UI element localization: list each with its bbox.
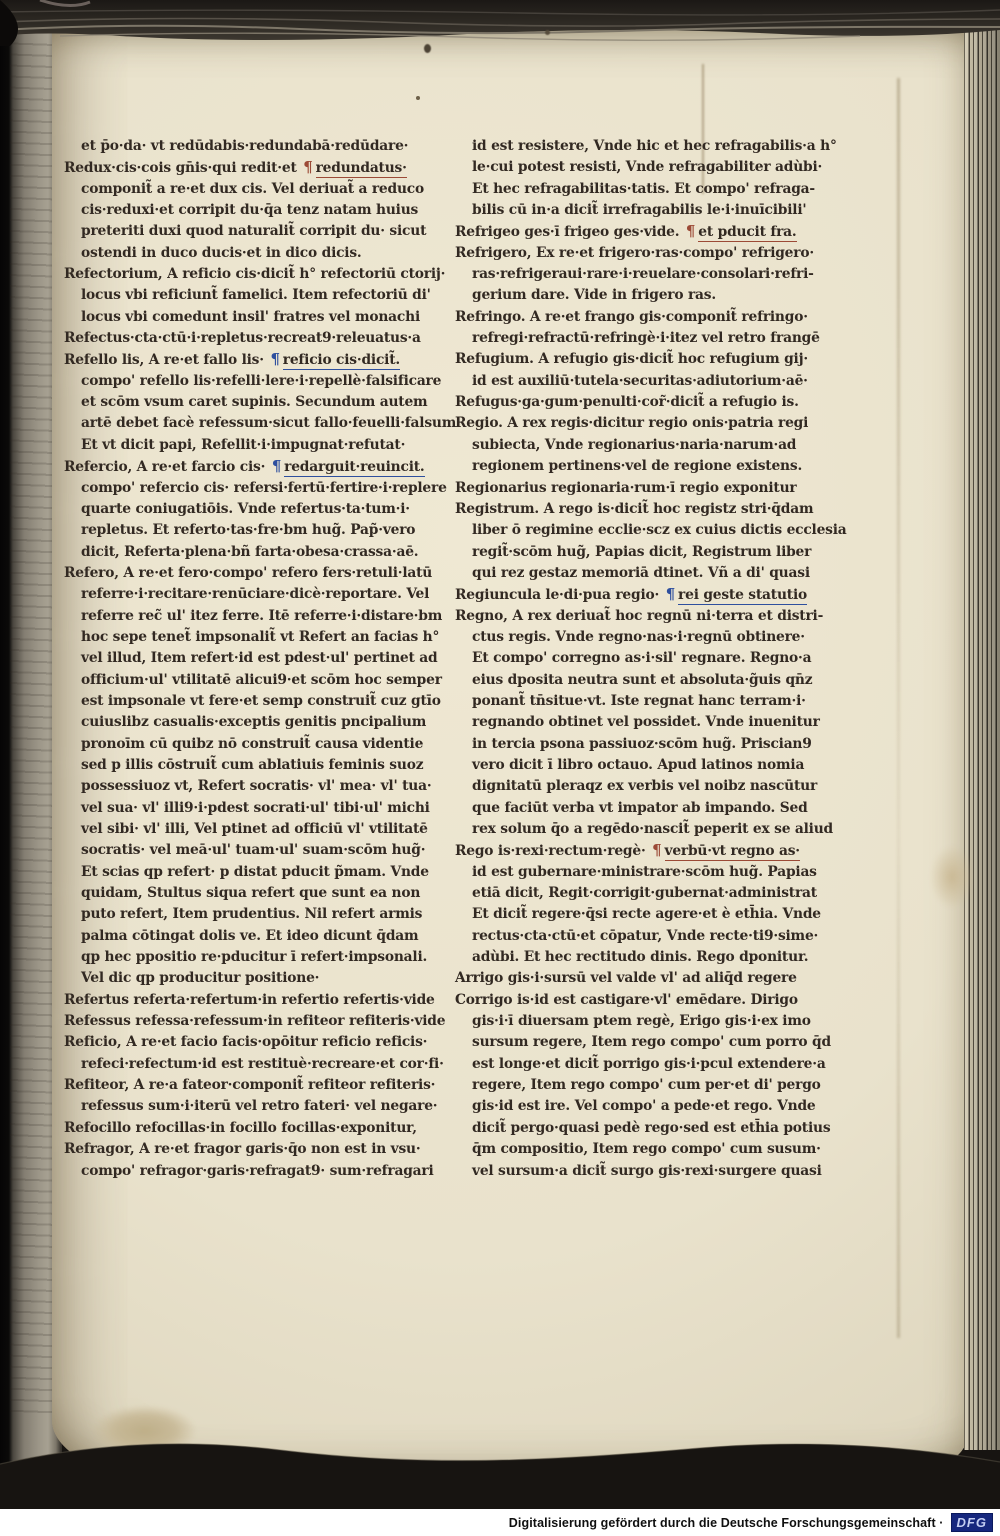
text-line: gis·id est ire. Vel compo' a pede·et reg… — [455, 1096, 835, 1117]
line-text: sed p illis cōstruit̃ cum ablatiuis femi… — [81, 757, 423, 773]
text-line: Refrigero, Ex re·et frigero·ras·compo' r… — [455, 243, 835, 264]
rubric-underlined-text: redundatus· — [316, 160, 407, 178]
line-text: Refiteor, A re·a fateor·componit̃ refite… — [64, 1077, 435, 1093]
line-text: qui rez gestaz memoriā dtinet. Vñ a di' … — [472, 565, 810, 581]
line-text: in tercia psona passiuoz·scōm hug̃. Pris… — [472, 736, 812, 752]
previous-page-text-ghost — [10, 39, 56, 1421]
fore-edge-shade — [965, 30, 1000, 1450]
text-line: Reficio, A re·et facio facis·opōitur ref… — [64, 1032, 436, 1053]
pilcrow-red-icon: ¶ — [652, 841, 661, 859]
line-text: Refero, A re·et fero·compo' refero fers·… — [64, 565, 432, 581]
rubric-underlined-text: reficio cis·dicit̃. — [283, 352, 400, 370]
text-line: socratis· vel meā·ul' tuam·ul' suam·scōm… — [64, 840, 436, 861]
line-text: socratis· vel meā·ul' tuam·ul' suam·scōm… — [81, 842, 425, 858]
text-line: Regno, A rex deriuat̃ hoc regnū ni·terra… — [455, 606, 835, 627]
line-text: regnando obtinet vel possidet. Vnde inue… — [472, 714, 820, 730]
line-text: et scōm vsum caret supinis. Secundum aut… — [81, 394, 427, 410]
line-text: locus vbi reficiunt̃ famelici. Item refe… — [81, 287, 431, 303]
pilcrow-red-icon: ¶ — [303, 158, 312, 176]
line-text: rectus·cta·ctū·et cōpatur, Vnde recte·ti… — [472, 928, 818, 944]
line-text: preteriti duxi quod naturalit̃ corripit … — [81, 223, 426, 239]
line-text: possessiuoz vt, Refert socratis· vl' mea… — [81, 778, 431, 794]
line-text: Refugium. A refugio gis·dicit̃ hoc refug… — [455, 351, 808, 367]
line-text: Refercio, A re·et farcio cis· — [64, 459, 270, 475]
text-line: hoc sepe tenet̃ impsonalit̃ vt Refert an… — [64, 627, 436, 648]
line-text: Regionarius regionaria·rum·ī regio expon… — [455, 480, 796, 496]
text-line: Refessus refessa·refessum·in refiteor re… — [64, 1011, 436, 1032]
text-line: adùbi. Et hec rectitudo dinis. Rego dpon… — [455, 947, 835, 968]
text-line: Refectus·cta·ctū·i·repletus·recreat9·rel… — [64, 328, 436, 349]
text-line: Corrigo is·id est castigare·vl' emēdare.… — [455, 990, 835, 1011]
line-text: Et compo' corregno as·i·sil' regnare. Re… — [472, 650, 811, 666]
text-line: compo' refello lis·refelli·lere·i·repell… — [64, 371, 436, 392]
line-text: id est auxiliū·tutela·securitas·adiutori… — [472, 373, 808, 389]
line-text: Regio. A rex regis·dicitur regio onis·pa… — [455, 415, 808, 431]
text-line: Refragor, A re·et fragor garis·q̄o non e… — [64, 1139, 436, 1160]
line-text: hoc sepe tenet̃ impsonalit̃ vt Refert an… — [81, 629, 439, 645]
text-line: Et scias qp refert· p distat pducit p̃ma… — [64, 862, 436, 883]
line-text: vel sibi· vl' illi, Vel ptinet ad offici… — [81, 821, 428, 837]
text-line: ostendi in duco ducis·et in dico dicis. — [64, 243, 436, 264]
line-text: Redux·cis·cois gn̄is·qui redit·et — [64, 160, 301, 176]
line-text: palma cōtingat dolis ve. Et ideo dicunt … — [81, 928, 418, 944]
manuscript-page: et p̄o·da· vt redūdabis·redundabā·redūda… — [52, 28, 968, 1480]
line-text: componit̃ a re·et dux cis. Vel deriuat̃ … — [81, 181, 424, 197]
line-text: ponant̃ tn̄situe·vt. Iste regnat hanc te… — [472, 693, 806, 709]
text-line: vel sibi· vl' illi, Vel ptinet ad offici… — [64, 819, 436, 840]
line-text: que faciūt verba vt impator ab impando. … — [472, 800, 808, 816]
text-line: dicit, Referta·plena·bñ farta·obesa·cras… — [64, 542, 436, 563]
text-line: Refiteor, A re·a fateor·componit̃ refite… — [64, 1075, 436, 1096]
text-line: possessiuoz vt, Refert socratis· vl' mea… — [64, 776, 436, 797]
text-line: Regio. A rex regis·dicitur regio onis·pa… — [455, 413, 835, 434]
pilcrow-red-icon: ¶ — [686, 222, 695, 240]
text-line: ras·refrigeraui·rare·i·reuelare·consolar… — [455, 264, 835, 285]
text-line: qp hec ppositio re·pducitur ī refert·imp… — [64, 947, 436, 968]
text-line: Refugium. A refugio gis·dicit̃ hoc refug… — [455, 349, 835, 370]
line-text: puto refert, Item prudentius. Nil refert… — [81, 906, 422, 922]
line-text: id est resistere, Vnde hic et hec refrag… — [472, 138, 837, 154]
line-text: et p̄o·da· vt redūdabis·redundabā·redūda… — [81, 138, 408, 154]
line-text: vel illud, Item refert·id est pdest·ul' … — [81, 650, 437, 666]
text-line: vero dicit ī libro octauo. Apud latinos … — [455, 755, 835, 776]
line-text: dicit̃ pergo·quasi pedè rego·sed est eth… — [472, 1120, 830, 1136]
text-line: ctus regis. Vnde regno·nas·i·regnū obtin… — [455, 627, 835, 648]
line-text: Corrigo is·id est castigare·vl' emēdare.… — [455, 992, 798, 1008]
line-text: gis·i·ī diuersam ptem regè, Erigo gis·i·… — [472, 1013, 811, 1029]
line-text: ras·refrigeraui·rare·i·reuelare·consolar… — [472, 266, 814, 282]
text-line: referre rec̃ ul' itez ferre. Itē referre… — [64, 606, 436, 627]
text-line: artē debet facè refessum·sicut fallo·feu… — [64, 413, 436, 434]
text-line: Refero, A re·et fero·compo' refero fers·… — [64, 563, 436, 584]
text-line: Vel dic qp producitur positione· — [64, 968, 436, 989]
parchment-stain-right-margin — [930, 845, 974, 909]
text-line: bilis cū in·a dicit̃ irrefragabilis le·i… — [455, 200, 835, 221]
text-line: locus vbi reficiunt̃ famelici. Item refe… — [64, 285, 436, 306]
line-text: referre rec̃ ul' itez ferre. Itē referre… — [81, 608, 442, 624]
text-line: Refercio, A re·et farcio cis· ¶redarguit… — [64, 456, 436, 477]
text-line: liber ō regimine ecclie·scz ex cuius dic… — [455, 520, 835, 541]
text-line: dicit̃ pergo·quasi pedè rego·sed est eth… — [455, 1118, 835, 1139]
text-line: refregi·refractū·refringè·i·itez vel ret… — [455, 328, 835, 349]
text-line: id est gubernare·ministrare·scōm hug̃. P… — [455, 862, 835, 883]
line-text: quidam, Stultus siqua refert que sunt ea… — [81, 885, 420, 901]
line-text: Refello lis, A re·et fallo lis· — [64, 352, 268, 368]
line-text: gis·id est ire. Vel compo' a pede·et reg… — [472, 1098, 815, 1114]
text-line: subiecta, Vnde regionarius·naria·narum·a… — [455, 435, 835, 456]
text-line: et scōm vsum caret supinis. Secundum aut… — [64, 392, 436, 413]
line-text: adùbi. Et hec rectitudo dinis. Rego dpon… — [472, 949, 808, 965]
line-text: Refrigeo ges·ī frigeo ges·vide. — [455, 224, 684, 240]
line-text: Et dicit̃ regere·q̄si recte agere·et è e… — [472, 906, 821, 922]
book-top-edge — [0, 0, 1000, 46]
text-line: gis·i·ī diuersam ptem regè, Erigo gis·i·… — [455, 1011, 835, 1032]
text-line: id est auxiliū·tutela·securitas·adiutori… — [455, 371, 835, 392]
page-crease — [897, 78, 900, 1338]
text-line: palma cōtingat dolis ve. Et ideo dicunt … — [64, 926, 436, 947]
text-line: Arrigo gis·i·sursū vel valde vl' ad aliq… — [455, 968, 835, 989]
line-text: compo' refercio cis· refersi·fertū·ferti… — [81, 480, 447, 496]
ink-speck — [424, 44, 431, 53]
line-text: Et hec refragabilitas·tatis. Et compo' r… — [472, 181, 815, 197]
text-line: regere, Item rego compo' cum per·et di' … — [455, 1075, 835, 1096]
line-text: Regiuncula le·di·pua regio· — [455, 587, 664, 603]
text-line: Regiuncula le·di·pua regio· ¶rei geste s… — [455, 584, 835, 605]
text-line: preteriti duxi quod naturalit̃ corripit … — [64, 221, 436, 242]
text-line: Et dicit̃ regere·q̄si recte agere·et è e… — [455, 904, 835, 925]
line-text: regere, Item rego compo' cum per·et di' … — [472, 1077, 821, 1093]
line-text: qp hec ppositio re·pducitur ī refert·imp… — [81, 949, 427, 965]
line-text: vel sursum·a dicit̃ surgo gis·rexi·surge… — [472, 1163, 822, 1179]
rubric-underlined-text: et pducit fra. — [698, 224, 796, 242]
text-line: Refugus·ga·gum·penulti·cor̃·dicit̃ a ref… — [455, 392, 835, 413]
text-column-right: id est resistere, Vnde hic et hec refrag… — [455, 136, 835, 1182]
ink-speck — [416, 96, 420, 100]
line-text: Rego is·rexi·rectum·regè· — [455, 843, 650, 859]
text-line: Refertus referta·refertum·in refertio re… — [64, 990, 436, 1011]
text-line: locus vbi comedunt insil' fratres vel mo… — [64, 307, 436, 328]
text-line: et p̄o·da· vt redūdabis·redundabā·redūda… — [64, 136, 436, 157]
line-text: vero dicit ī libro octauo. Apud latinos … — [472, 757, 804, 773]
line-text: eius dposita neutra sunt et absoluta·g̃u… — [472, 672, 812, 688]
text-line: cuiuslibz casualis·exceptis genitis pnci… — [64, 712, 436, 733]
text-line: qui rez gestaz memoriā dtinet. Vñ a di' … — [455, 563, 835, 584]
text-line: officium·ul' vtilitatē alicui9·et scōm h… — [64, 670, 436, 691]
text-line: que faciūt verba vt impator ab impando. … — [455, 798, 835, 819]
text-line: Refringo. A re·et frango gis·componit̃ r… — [455, 307, 835, 328]
rubric-underlined-text: verbū·vt regno as· — [665, 843, 800, 861]
line-text: Et vt dicit papi, Refellit·i·impugnat·re… — [81, 437, 405, 453]
line-text: Refertus referta·refertum·in refertio re… — [64, 992, 435, 1008]
line-text: rex solum q̄o a regēdo·nascit̃ peperit e… — [472, 821, 833, 837]
line-text: Vel dic qp producitur positione· — [81, 970, 319, 986]
line-text: est longe·et dicit̃ porrigo gis·i·pcul e… — [472, 1056, 826, 1072]
text-line: Refocillo refocillas·in focillo focillas… — [64, 1118, 436, 1139]
text-line: Et vt dicit papi, Refellit·i·impugnat·re… — [64, 435, 436, 456]
text-line: sed p illis cōstruit̃ cum ablatiuis femi… — [64, 755, 436, 776]
pilcrow-blue-icon: ¶ — [270, 350, 279, 368]
line-text: refeci·refectum·id est restituè·recreare… — [81, 1056, 444, 1072]
line-text: Refectus·cta·ctū·i·repletus·recreat9·rel… — [64, 330, 421, 346]
text-line: regit̃·scōm hug̃, Papias dicit, Registru… — [455, 542, 835, 563]
text-line: vel sursum·a dicit̃ surgo gis·rexi·surge… — [455, 1161, 835, 1182]
line-text: Registrum. A rego is·dicit̃ hoc registz … — [455, 501, 813, 517]
book-scan: et p̄o·da· vt redūdabis·redundabā·redūda… — [0, 0, 1000, 1536]
pilcrow-blue-icon: ¶ — [272, 457, 281, 475]
ink-speck — [545, 30, 550, 35]
text-line: id est resistere, Vnde hic et hec refrag… — [455, 136, 835, 157]
text-line: pronoīm cū quibz nō construit̃ causa vid… — [64, 734, 436, 755]
line-text: refregi·refractū·refringè·i·itez vel ret… — [472, 330, 820, 346]
line-text: Regno, A rex deriuat̃ hoc regnū ni·terra… — [455, 608, 823, 624]
line-text: officium·ul' vtilitatē alicui9·et scōm h… — [81, 672, 442, 688]
text-line: cis·reduxi·et corripit du·q̄a tenz natam… — [64, 200, 436, 221]
line-text: regionem pertinens·vel de regione existe… — [472, 458, 802, 474]
text-line: regnando obtinet vel possidet. Vnde inue… — [455, 712, 835, 733]
text-line: quarte coniugatiōis. Vnde refertus·ta·tu… — [64, 499, 436, 520]
text-line: ponant̃ tn̄situe·vt. Iste regnat hanc te… — [455, 691, 835, 712]
text-line: repletus. Et referto·tas·fre·bm hug̃. Pa… — [64, 520, 436, 541]
line-text: ostendi in duco ducis·et in dico dicis. — [81, 245, 362, 261]
text-line: compo' refercio cis· refersi·fertū·ferti… — [64, 478, 436, 499]
text-line: Rego is·rexi·rectum·regè· ¶verbū·vt regn… — [455, 840, 835, 861]
text-line: eius dposita neutra sunt et absoluta·g̃u… — [455, 670, 835, 691]
line-text: refessus sum·i·iterū vel retro fateri· v… — [81, 1098, 437, 1114]
text-line: Refrigeo ges·ī frigeo ges·vide. ¶et pduc… — [455, 221, 835, 242]
text-line: compo' refragor·garis·refragat9· sum·ref… — [64, 1161, 436, 1182]
line-text: Refringo. A re·et frango gis·componit̃ r… — [455, 309, 808, 325]
text-line: Registrum. A rego is·dicit̃ hoc registz … — [455, 499, 835, 520]
line-text: repletus. Et referto·tas·fre·bm hug̃. Pa… — [81, 522, 415, 538]
line-text: locus vbi comedunt insil' fratres vel mo… — [81, 309, 420, 325]
line-text: Arrigo gis·i·sursū vel valde vl' ad aliq… — [455, 970, 797, 986]
page-bottom-edge — [0, 1418, 1000, 1512]
dfg-logo: DFG — [951, 1513, 993, 1532]
digitization-credit-bar: Digitalisierung gefördert durch die Deut… — [0, 1509, 1000, 1536]
line-text: Refectorium, A reficio cis·dicit̃ h° ref… — [64, 266, 445, 282]
line-text: id est gubernare·ministrare·scōm hug̃. P… — [472, 864, 817, 880]
digitization-credit-text: Digitalisierung gefördert durch die Deut… — [509, 1516, 944, 1530]
rubric-underlined-text: redarguit·reuincit. — [284, 459, 424, 477]
book-fore-edge-right — [964, 30, 1000, 1450]
line-text: subiecta, Vnde regionarius·naria·narum·a… — [472, 437, 796, 453]
text-line: regionem pertinens·vel de regione existe… — [455, 456, 835, 477]
line-text: ctus regis. Vnde regno·nas·i·regnū obtin… — [472, 629, 805, 645]
line-text: referre·i·recitare·renūciare·dicè·report… — [81, 586, 429, 602]
line-text: dignitatū pleraqz ex verbis vel noibz na… — [472, 778, 817, 794]
text-line: Refectorium, A reficio cis·dicit̃ h° ref… — [64, 264, 436, 285]
text-line: rectus·cta·ctū·et cōpatur, Vnde recte·ti… — [455, 926, 835, 947]
text-line: Redux·cis·cois gn̄is·qui redit·et ¶redun… — [64, 157, 436, 178]
pilcrow-blue-icon: ¶ — [666, 585, 675, 603]
line-text: Refrigero, Ex re·et frigero·ras·compo' r… — [455, 245, 814, 261]
line-text: q̄m compositio, Item rego compo' cum sus… — [472, 1141, 821, 1157]
text-line: Regionarius regionaria·rum·ī regio expon… — [455, 478, 835, 499]
line-text: pronoīm cū quibz nō construit̃ causa vid… — [81, 736, 423, 752]
line-text: sursum regere, Item rego compo' cum porr… — [472, 1034, 831, 1050]
text-line: Et compo' corregno as·i·sil' regnare. Re… — [455, 648, 835, 669]
text-line: etiā dicit, Regit·corrigit·gubernat·admi… — [455, 883, 835, 904]
line-text: cuiuslibz casualis·exceptis genitis pnci… — [81, 714, 426, 730]
text-line: componit̃ a re·et dux cis. Vel deriuat̃ … — [64, 179, 436, 200]
text-line: vel illud, Item refert·id est pdest·ul' … — [64, 648, 436, 669]
line-text: dicit, Referta·plena·bñ farta·obesa·cras… — [81, 544, 418, 560]
text-line: sursum regere, Item rego compo' cum porr… — [455, 1032, 835, 1053]
line-text: Refessus refessa·refessum·in refiteor re… — [64, 1013, 445, 1029]
text-column-left: et p̄o·da· vt redūdabis·redundabā·redūda… — [64, 136, 436, 1182]
text-line: puto refert, Item prudentius. Nil refert… — [64, 904, 436, 925]
text-line: est longe·et dicit̃ porrigo gis·i·pcul e… — [455, 1054, 835, 1075]
line-text: Reficio, A re·et facio facis·opōitur ref… — [64, 1034, 427, 1050]
rubric-underlined-text: rei geste statutio — [678, 587, 807, 605]
text-line: gerium dare. Vide in frigero ras. — [455, 285, 835, 306]
text-line: referre·i·recitare·renūciare·dicè·report… — [64, 584, 436, 605]
line-text: regit̃·scōm hug̃, Papias dicit, Registru… — [472, 544, 811, 560]
text-line: q̄m compositio, Item rego compo' cum sus… — [455, 1139, 835, 1160]
line-text: Refocillo refocillas·in focillo focillas… — [64, 1120, 417, 1136]
text-line: est impsonale vt fere·et semp construit̃… — [64, 691, 436, 712]
text-line: in tercia psona passiuoz·scōm hug̃. Pris… — [455, 734, 835, 755]
line-text: etiā dicit, Regit·corrigit·gubernat·admi… — [472, 885, 817, 901]
line-text: gerium dare. Vide in frigero ras. — [472, 287, 716, 303]
line-text: artē debet facè refessum·sicut fallo·feu… — [81, 415, 456, 431]
line-text: bilis cū in·a dicit̃ irrefragabilis le·i… — [472, 202, 806, 218]
text-line: quidam, Stultus siqua refert que sunt ea… — [64, 883, 436, 904]
text-line: le·cui potest resisti, Vnde refragabilit… — [455, 157, 835, 178]
text-line: refessus sum·i·iterū vel retro fateri· v… — [64, 1096, 436, 1117]
line-text: cis·reduxi·et corripit du·q̄a tenz natam… — [81, 202, 418, 218]
line-text: Refugus·ga·gum·penulti·cor̃·dicit̃ a ref… — [455, 394, 799, 410]
line-text: le·cui potest resisti, Vnde refragabilit… — [472, 159, 822, 175]
text-line: vel sua· vl' illi9·i·pdest socrati·ul' t… — [64, 798, 436, 819]
text-line: rex solum q̄o a regēdo·nascit̃ peperit e… — [455, 819, 835, 840]
line-text: quarte coniugatiōis. Vnde refertus·ta·tu… — [81, 501, 410, 517]
line-text: liber ō regimine ecclie·scz ex cuius dic… — [472, 522, 847, 538]
line-text: compo' refello lis·refelli·lere·i·repell… — [81, 373, 441, 389]
line-text: Et scias qp refert· p distat pducit p̃ma… — [81, 864, 429, 880]
line-text: Refragor, A re·et fragor garis·q̄o non e… — [64, 1141, 421, 1157]
text-line: Et hec refragabilitas·tatis. Et compo' r… — [455, 179, 835, 200]
line-text: est impsonale vt fere·et semp construit̃… — [81, 693, 441, 709]
line-text: compo' refragor·garis·refragat9· sum·ref… — [81, 1163, 434, 1179]
line-text: vel sua· vl' illi9·i·pdest socrati·ul' t… — [81, 800, 430, 816]
text-line: dignitatū pleraqz ex verbis vel noibz na… — [455, 776, 835, 797]
text-line: Refello lis, A re·et fallo lis· ¶reficio… — [64, 349, 436, 370]
text-line: refeci·refectum·id est restituè·recreare… — [64, 1054, 436, 1075]
